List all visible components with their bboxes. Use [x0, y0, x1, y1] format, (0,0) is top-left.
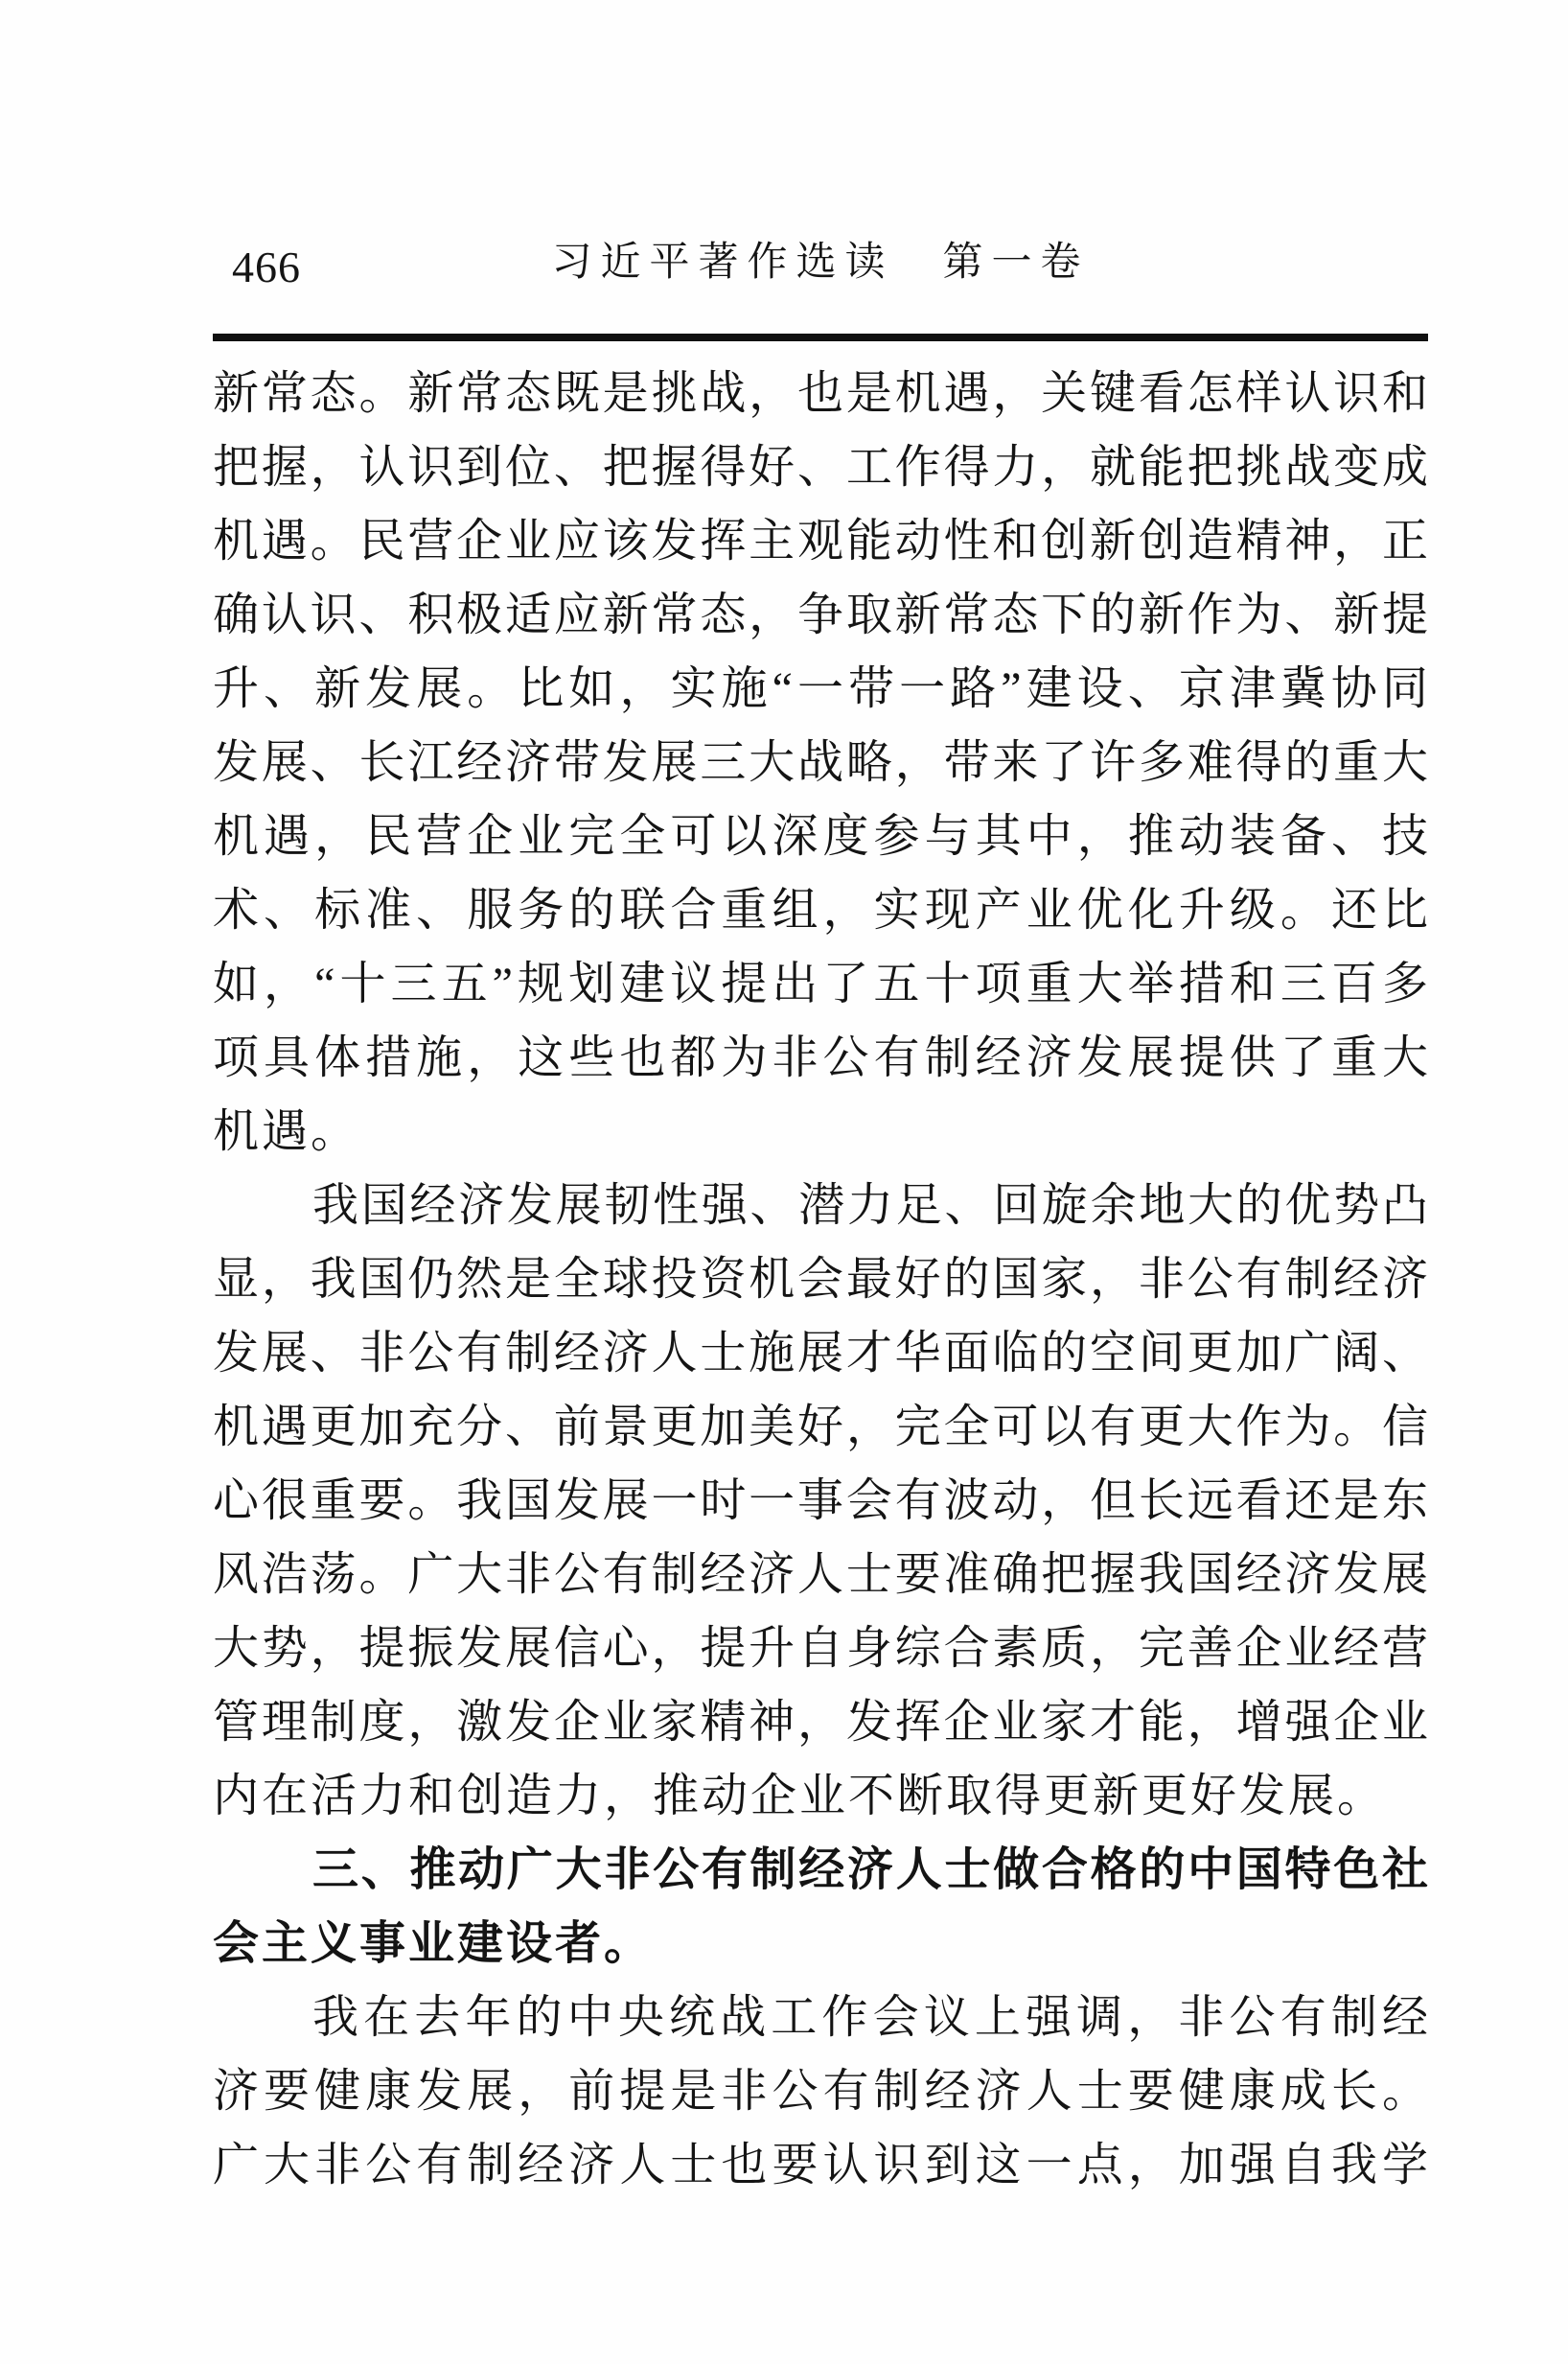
text-line: 新常态。新常态既是挑战，也是机遇，关键看怎样认识和 — [213, 357, 1428, 430]
text-line: 机遇，民营企业完全可以深度参与其中，推动装备、技 — [213, 800, 1428, 873]
book-page: 466 习近平著作选读 第一卷 新常态。新常态既是挑战，也是机遇，关键看怎样认识… — [0, 0, 1568, 2364]
text-line: 风浩荡。广大非公有制经济人士要准确把握我国经济发展 — [213, 1538, 1428, 1611]
text-line: 机遇更加充分、前景更加美好，完全可以有更大作为。信 — [213, 1390, 1428, 1464]
text-line: 我在去年的中央统战工作会议上强调，非公有制经 — [213, 1981, 1428, 2054]
text-line: 机遇。民营企业应该发挥主观能动性和创新创造精神，正 — [213, 504, 1428, 578]
text-line: 确认识、积极适应新常态，争取新常态下的新作为、新提 — [213, 578, 1428, 652]
text-line: 如，“十三五”规划建议提出了五十项重大举措和三百多 — [213, 947, 1428, 1021]
running-header: 466 习近平著作选读 第一卷 — [213, 238, 1428, 293]
text-line: 广大非公有制经济人士也要认识到这一点，加强自我学 — [213, 2128, 1428, 2202]
text-line: 管理制度，激发企业家精神，发挥企业家才能，增强企业 — [213, 1685, 1428, 1759]
text-line: 术、标准、服务的联合重组，实现产业优化升级。还比 — [213, 873, 1428, 947]
page-body: 新常态。新常态既是挑战，也是机遇，关键看怎样认识和把握，认识到位、把握得好、工作… — [213, 357, 1428, 2202]
header-rule — [213, 334, 1428, 341]
text-line: 大势，提振发展信心，提升自身综合素质，完善企业经营 — [213, 1611, 1428, 1685]
section-heading-line: 会主义事业建设者。 — [213, 1907, 1428, 1981]
text-line: 发展、长江经济带发展三大战略，带来了许多难得的重大 — [213, 726, 1428, 800]
running-title: 习近平著作选读 第一卷 — [551, 238, 1089, 288]
text-line: 把握，认识到位、把握得好、工作得力，就能把挑战变成 — [213, 430, 1428, 504]
text-line: 显，我国仍然是全球投资机会最好的国家，非公有制经济 — [213, 1242, 1428, 1316]
text-line: 心很重要。我国发展一时一事会有波动，但长远看还是东 — [213, 1464, 1428, 1538]
text-line: 升、新发展。比如，实施“一带一路”建设、京津冀协同 — [213, 652, 1428, 726]
text-line: 发展、非公有制经济人士施展才华面临的空间更加广阔、 — [213, 1316, 1428, 1390]
text-line: 内在活力和创造力，推动企业不断取得更新更好发展。 — [213, 1759, 1428, 1833]
text-line: 济要健康发展，前提是非公有制经济人士要健康成长。 — [213, 2054, 1428, 2128]
page-number: 466 — [232, 243, 301, 291]
section-heading-line: 三、推动广大非公有制经济人士做合格的中国特色社 — [213, 1833, 1428, 1907]
text-line: 项具体措施，这些也都为非公有制经济发展提供了重大 — [213, 1021, 1428, 1095]
text-line: 机遇。 — [213, 1095, 1428, 1169]
text-line: 我国经济发展韧性强、潜力足、回旋余地大的优势凸 — [213, 1169, 1428, 1242]
